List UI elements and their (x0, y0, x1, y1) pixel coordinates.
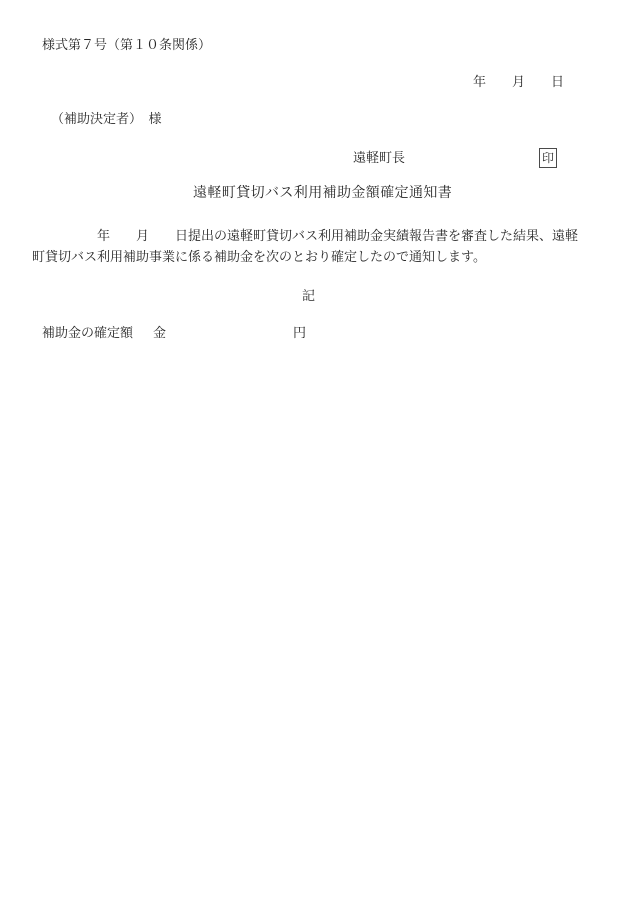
body-paragraph-line-1: 年 月 日提出の遠軽町貸切バス利用補助金実績報告書を審査した結果、遠軽 (32, 228, 578, 244)
seal-box: 印 (539, 148, 557, 168)
amount-suffix: 円 (293, 325, 306, 341)
document-title: 遠軽町貸切バス利用補助金額確定通知書 (193, 186, 452, 202)
form-number: 様式第７号（第１０条関係） (42, 37, 211, 53)
issuer-name: 遠軽町長 (353, 150, 405, 166)
amount-prefix: 金 (153, 325, 166, 341)
record-marker: 記 (302, 288, 315, 304)
seal-label: 印 (542, 152, 554, 164)
document-page: 様式第７号（第１０条関係） 年 月 日 （補助決定者） 様 遠軽町長 印 遠軽町… (0, 0, 630, 915)
amount-label: 補助金の確定額 (42, 325, 133, 341)
body-paragraph-line-2: 町貸切バス利用補助事業に係る補助金を次のとおり確定したので通知します。 (32, 249, 486, 265)
addressee-line: （補助決定者） 様 (51, 111, 162, 127)
date-line: 年 月 日 (473, 74, 564, 90)
